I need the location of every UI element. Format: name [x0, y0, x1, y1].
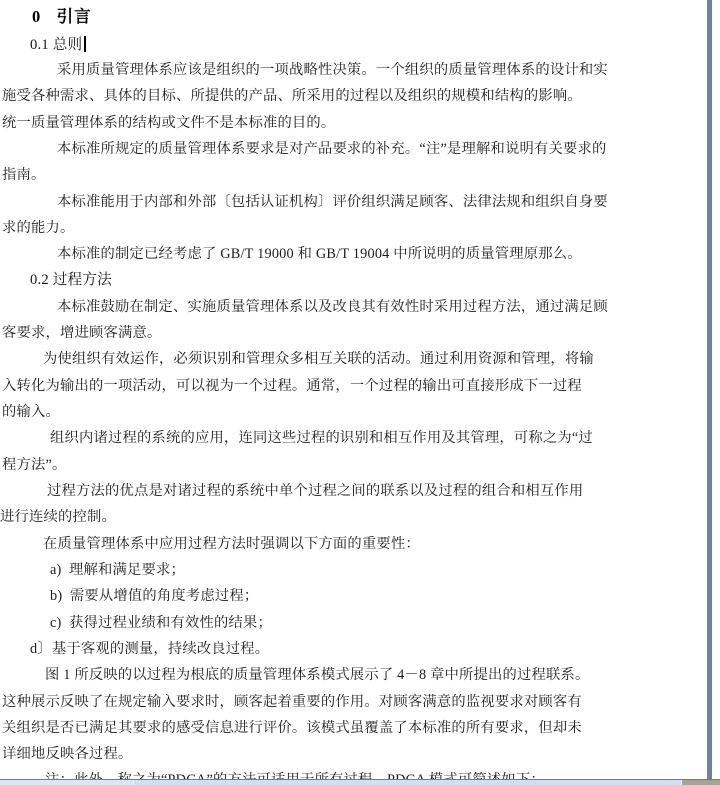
text-line: 过程方法的优点是对诸过程的系统中单个过程之间的联系以及过程的组合和相互作用 [47, 483, 583, 500]
text-line: 的输入。 [2, 404, 60, 421]
text-line: 这种展示反映了在规定输入要求时，顾客起着重要的作用。对顾客满意的监视要求对顾客有 [2, 694, 582, 711]
text-line: 统一质量管理体系的结构或文件不是本标准的目的。 [2, 115, 335, 132]
text-line: 进行连续的控制。 [0, 509, 116, 526]
text-line: a) 理解和满足要求； [50, 562, 185, 579]
text-line: c) 获得过程业绩和有效性的结果； [50, 615, 272, 632]
text-cursor [84, 36, 86, 52]
text-line: 指南。 [2, 167, 46, 184]
horizontal-scrollbar[interactable] [0, 779, 720, 785]
text-line: 本标准所规定的质量管理体系要求是对产品要求的补充。“注”是理解和说明有关要求的 [57, 141, 606, 158]
text-line: 组织内诸过程的系统的应用，连同这些过程的识别和相互作用及其管理，可称之为“过 [50, 430, 593, 447]
text-line: d〕基于客观的测量，持续改良过程。 [30, 641, 269, 658]
text-line: 详细地反映各过程。 [2, 746, 132, 763]
text-line: 本标准鼓励在制定、实施质量管理体系以及改良其有效性时采用过程方法，通过满足顾 [57, 299, 608, 316]
text-line: b) 需要从增值的角度考虑过程； [50, 588, 258, 605]
scrollbar-left-segment[interactable] [0, 780, 134, 785]
page-right-edge [707, 0, 712, 779]
text-line: 采用质量管理体系应该是组织的一项战略性决策。一个组织的质量管理体系的设计和实 [57, 62, 608, 79]
document-page: 0 引言0.1 总则采用质量管理体系应该是组织的一项战略性决策。一个组织的质量管… [0, 0, 720, 785]
text-line: 施受各种需求、具体的目标、所提供的产品、所采用的过程以及组织的规模和结构的影响。 [2, 88, 582, 105]
text-line: 0.1 总则 [30, 36, 86, 54]
text-line: 客要求，增进顾客满意。 [2, 325, 161, 342]
text-line: 在质量管理体系中应用过程方法时强调以下方面的重要性： [43, 536, 420, 553]
text-line: 求的能力。 [2, 220, 74, 237]
text-line: 本标准能用于内部和外部〔包括认证机构〕评价组织满足顾客、法律法规和组织自身要 [57, 194, 608, 211]
scrollbar-corner[interactable] [681, 780, 720, 785]
text-line: 关组织是否已满足其要求的感受信息进行评价。该模式虽覆盖了本标准的所有要求，但却未 [2, 720, 582, 737]
text-line: 图 1 所反映的以过程为根底的质量管理体系模式展示了 4－8 章中所提出的过程联… [45, 667, 590, 684]
text-line: 程方法”。 [2, 457, 67, 474]
text-line: 入转化为输出的一项活动，可以视为一个过程。通常，一个过程的输出可直接形成下一过程 [2, 378, 582, 395]
text-line: 本标准的制定已经考虑了 GB/T 19000 和 GB/T 19004 中所说明… [57, 246, 582, 263]
text-line: 0 引言 [32, 8, 92, 25]
text-line: 为使组织有效运作，必须识别和管理众多相互关联的活动。通过利用资源和管理，将输 [43, 351, 594, 368]
text-line: 0.2 过程方法 [30, 272, 112, 289]
